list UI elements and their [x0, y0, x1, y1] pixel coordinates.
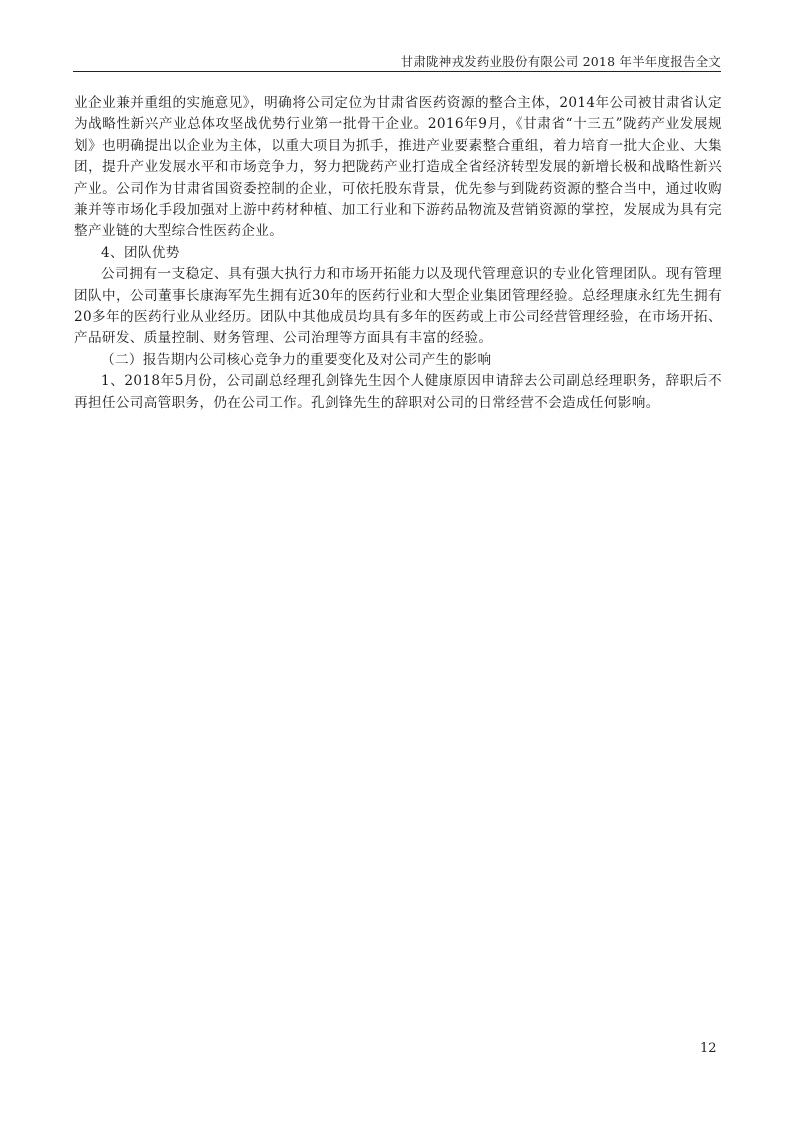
page-number: 12: [700, 1041, 717, 1056]
document-body: 业企业兼并重组的实施意见》，明确将公司定位为甘肃省医药资源的整合主体，2014年…: [74, 93, 722, 414]
section-heading-team-advantage: 4、团队优势: [74, 243, 722, 264]
section-heading-competitiveness-changes: （二）报告期内公司核心竞争力的重要变化及对公司产生的影响: [74, 350, 722, 371]
paragraph-change-item-1: 1、2018年5月份，公司副总经理孔剑锋先生因个人健康原因申请辞去公司副总经理职…: [74, 371, 722, 414]
paragraph-team-description: 公司拥有一支稳定、具有强大执行力和市场开拓能力以及现代管理意识的专业化管理团队。…: [74, 264, 722, 350]
header-title: 甘肃陇神戎发药业股份有限公司 2018 年半年度报告全文: [401, 54, 721, 69]
paragraph-continuation: 业企业兼并重组的实施意见》，明确将公司定位为甘肃省医药资源的整合主体，2014年…: [74, 93, 722, 243]
page-header: 甘肃陇神戎发药业股份有限公司 2018 年半年度报告全文: [73, 51, 721, 72]
